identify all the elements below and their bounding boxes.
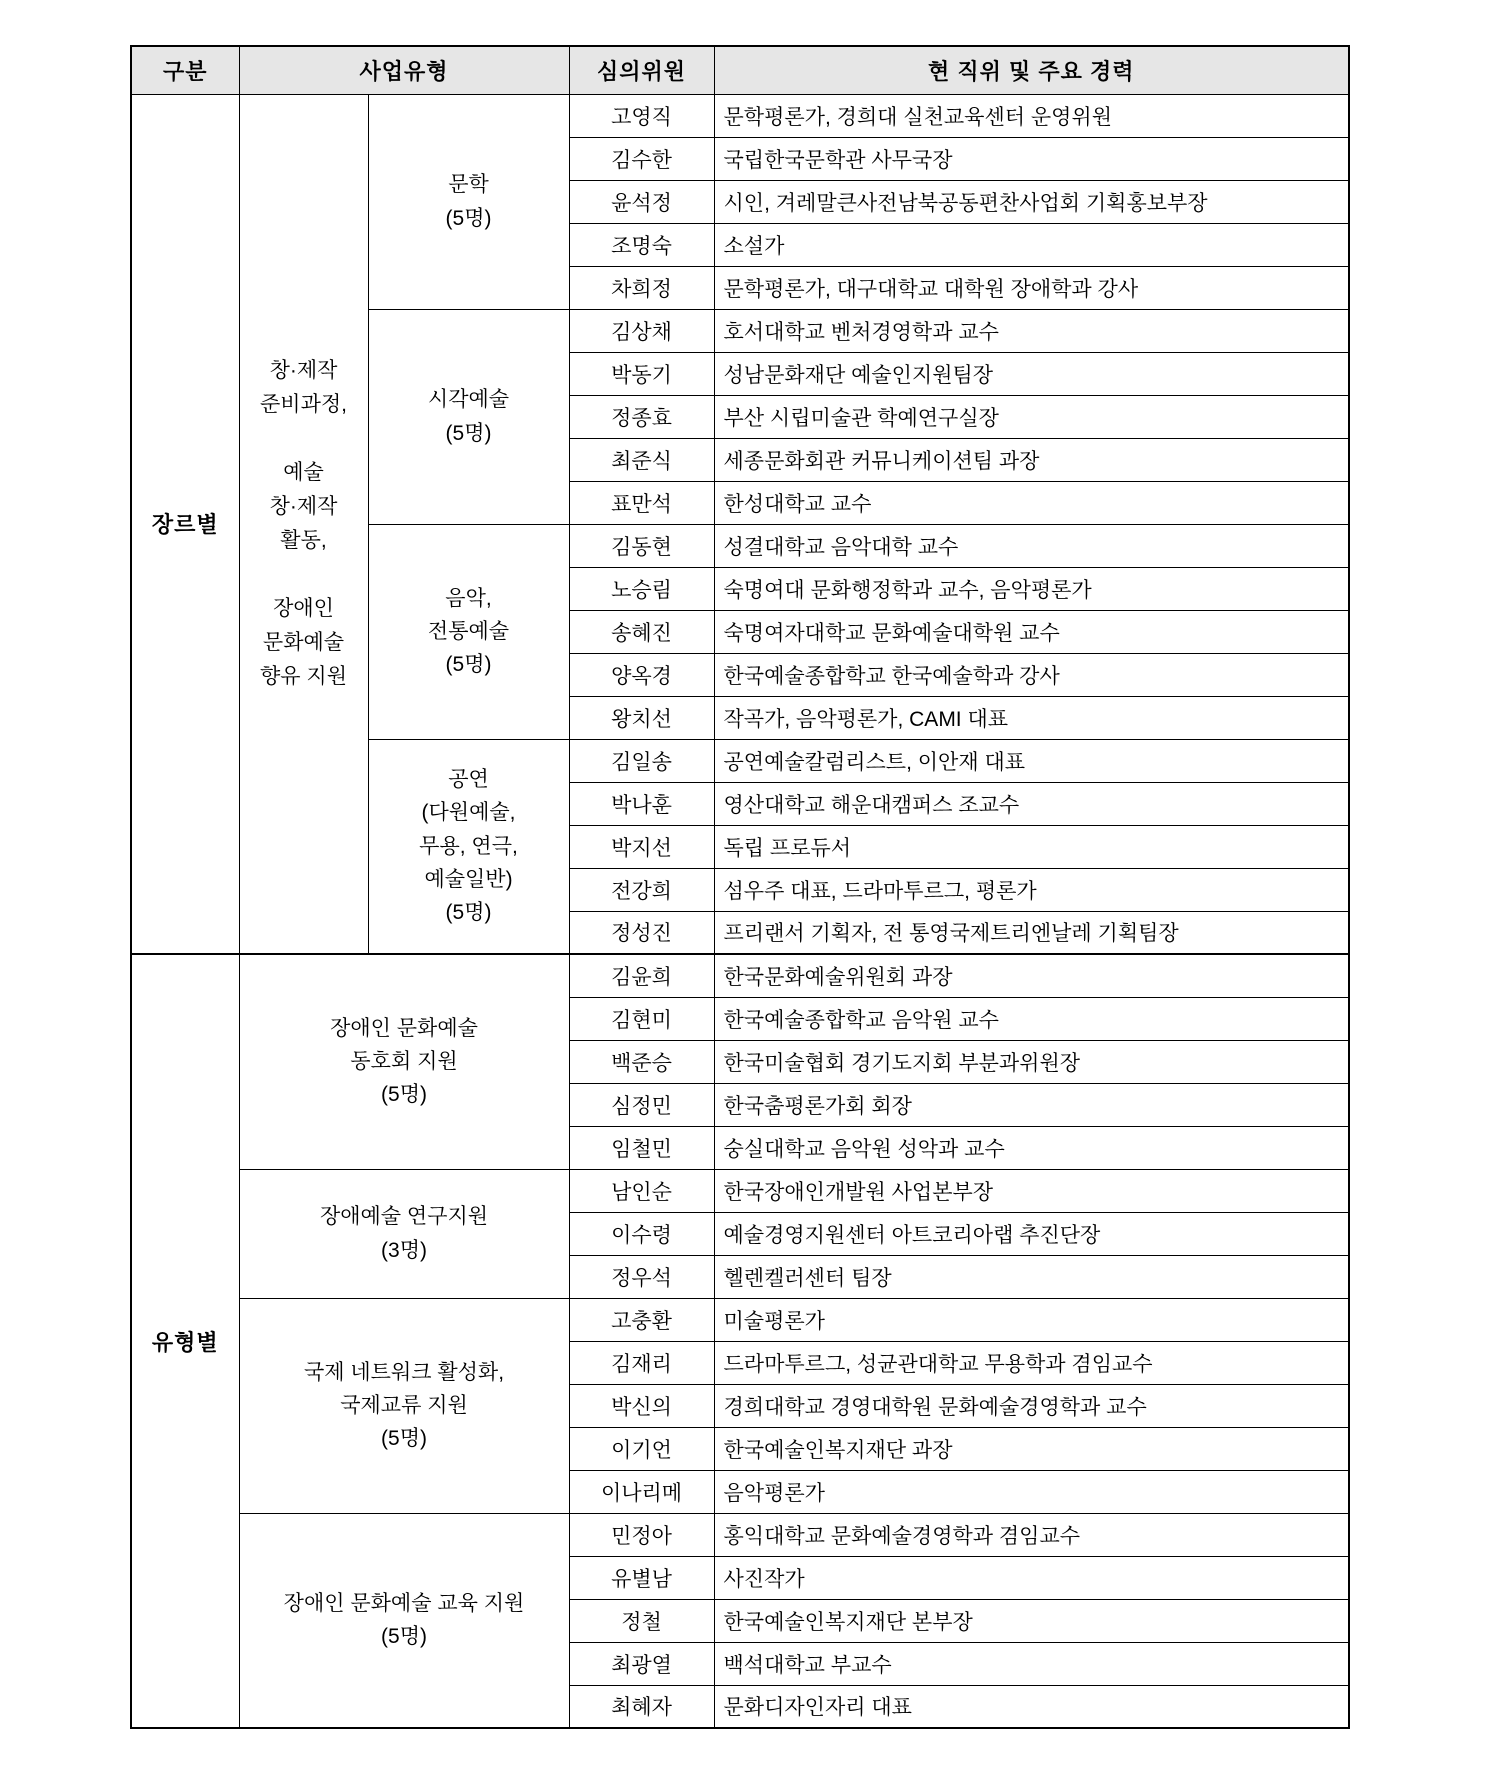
business-type-cell: 국제 네트워크 활성화, 국제교류 지원 (5명) <box>239 1298 569 1513</box>
member-career-cell: 홍익대학교 문화예술경영학과 겸임교수 <box>714 1513 1349 1556</box>
member-career-cell: 미술평론가 <box>714 1298 1349 1341</box>
member-career-cell: 세종문화회관 커뮤니케이션팀 과장 <box>714 438 1349 481</box>
table-row: 국제 네트워크 활성화, 국제교류 지원 (5명)고충환미술평론가 <box>131 1298 1349 1341</box>
member-career-cell: 한국문화예술위원회 과장 <box>714 954 1349 997</box>
member-career-cell: 헬렌켈러센터 팀장 <box>714 1255 1349 1298</box>
member-career-cell: 섬우주 대표, 드라마투르그, 평론가 <box>714 868 1349 911</box>
business-type-cell: 음악, 전통예술 (5명) <box>368 524 569 739</box>
member-name-cell: 정철 <box>569 1599 714 1642</box>
category-cell: 유형별 <box>131 954 239 1728</box>
member-career-cell: 문화디자인자리 대표 <box>714 1685 1349 1728</box>
header-row: 구분 사업유형 심의위원 현 직위 및 주요 경력 <box>131 46 1349 94</box>
member-career-cell: 백석대학교 부교수 <box>714 1642 1349 1685</box>
document-page: 구분 사업유형 심의위원 현 직위 및 주요 경력 장르별창·제작 준비과정, … <box>0 0 1488 1767</box>
member-name-cell: 박신의 <box>569 1384 714 1427</box>
member-name-cell: 고영직 <box>569 94 714 137</box>
member-career-cell: 문학평론가, 대구대학교 대학원 장애학과 강사 <box>714 266 1349 309</box>
member-career-cell: 부산 시립미술관 학예연구실장 <box>714 395 1349 438</box>
business-type-cell: 장애인 문화예술 동호회 지원 (5명) <box>239 954 569 1169</box>
member-name-cell: 이수령 <box>569 1212 714 1255</box>
member-name-cell: 왕치선 <box>569 696 714 739</box>
member-name-cell: 박지선 <box>569 825 714 868</box>
table-row: 장애예술 연구지원 (3명)남인순한국장애인개발원 사업본부장 <box>131 1169 1349 1212</box>
member-name-cell: 남인순 <box>569 1169 714 1212</box>
member-name-cell: 김윤희 <box>569 954 714 997</box>
member-name-cell: 김현미 <box>569 997 714 1040</box>
member-name-cell: 송혜진 <box>569 610 714 653</box>
member-career-cell: 독립 프로듀서 <box>714 825 1349 868</box>
member-career-cell: 한국장애인개발원 사업본부장 <box>714 1169 1349 1212</box>
member-name-cell: 김수한 <box>569 137 714 180</box>
member-career-cell: 드라마투르그, 성균관대학교 무용학과 겸임교수 <box>714 1341 1349 1384</box>
member-name-cell: 임철민 <box>569 1126 714 1169</box>
activity-cell: 창·제작 준비과정, 예술 창·제작 활동, 장애인 문화예술 향유 지원 <box>239 94 368 954</box>
member-career-cell: 한국춤평론가회 회장 <box>714 1083 1349 1126</box>
member-career-cell: 성남문화재단 예술인지원팀장 <box>714 352 1349 395</box>
member-career-cell: 한국예술종합학교 한국예술학과 강사 <box>714 653 1349 696</box>
table-row: 유형별장애인 문화예술 동호회 지원 (5명)김윤희한국문화예술위원회 과장 <box>131 954 1349 997</box>
member-career-cell: 한성대학교 교수 <box>714 481 1349 524</box>
member-career-cell: 음악평론가 <box>714 1470 1349 1513</box>
member-career-cell: 소설가 <box>714 223 1349 266</box>
header-committee-member: 심의위원 <box>569 46 714 94</box>
member-name-cell: 최혜자 <box>569 1685 714 1728</box>
member-name-cell: 김상채 <box>569 309 714 352</box>
member-name-cell: 최광열 <box>569 1642 714 1685</box>
member-career-cell: 숙명여대 문화행정학과 교수, 음악평론가 <box>714 567 1349 610</box>
member-career-cell: 한국예술종합학교 음악원 교수 <box>714 997 1349 1040</box>
member-career-cell: 시인, 겨레말큰사전남북공동편찬사업회 기획홍보부장 <box>714 180 1349 223</box>
member-name-cell: 노승림 <box>569 567 714 610</box>
member-career-cell: 한국미술협회 경기도지회 부분과위원장 <box>714 1040 1349 1083</box>
member-name-cell: 심정민 <box>569 1083 714 1126</box>
member-career-cell: 호서대학교 벤처경영학과 교수 <box>714 309 1349 352</box>
member-name-cell: 김재리 <box>569 1341 714 1384</box>
member-name-cell: 윤석정 <box>569 180 714 223</box>
member-name-cell: 전강희 <box>569 868 714 911</box>
member-name-cell: 박동기 <box>569 352 714 395</box>
header-category: 구분 <box>131 46 239 94</box>
member-name-cell: 박나훈 <box>569 782 714 825</box>
table-row: 장애인 문화예술 교육 지원 (5명)민정아홍익대학교 문화예술경영학과 겸임교… <box>131 1513 1349 1556</box>
committee-table: 구분 사업유형 심의위원 현 직위 및 주요 경력 장르별창·제작 준비과정, … <box>130 45 1350 1729</box>
member-name-cell: 유별남 <box>569 1556 714 1599</box>
header-position-career: 현 직위 및 주요 경력 <box>714 46 1349 94</box>
member-name-cell: 민정아 <box>569 1513 714 1556</box>
header-business-type: 사업유형 <box>239 46 569 94</box>
business-type-cell: 장애인 문화예술 교육 지원 (5명) <box>239 1513 569 1728</box>
table-row: 장르별창·제작 준비과정, 예술 창·제작 활동, 장애인 문화예술 향유 지원… <box>131 94 1349 137</box>
member-career-cell: 경희대학교 경영대학원 문화예술경영학과 교수 <box>714 1384 1349 1427</box>
member-career-cell: 국립한국문학관 사무국장 <box>714 137 1349 180</box>
business-type-cell: 장애예술 연구지원 (3명) <box>239 1169 569 1298</box>
member-name-cell: 양옥경 <box>569 653 714 696</box>
member-career-cell: 한국예술인복지재단 과장 <box>714 1427 1349 1470</box>
category-cell: 장르별 <box>131 94 239 954</box>
member-career-cell: 숙명여자대학교 문화예술대학원 교수 <box>714 610 1349 653</box>
member-career-cell: 문학평론가, 경희대 실천교육센터 운영위원 <box>714 94 1349 137</box>
business-type-cell: 공연 (다원예술, 무용, 연극, 예술일반) (5명) <box>368 739 569 954</box>
member-career-cell: 예술경영지원센터 아트코리아랩 추진단장 <box>714 1212 1349 1255</box>
business-type-cell: 문학 (5명) <box>368 94 569 309</box>
member-name-cell: 표만석 <box>569 481 714 524</box>
member-name-cell: 고충환 <box>569 1298 714 1341</box>
member-name-cell: 차희정 <box>569 266 714 309</box>
member-career-cell: 숭실대학교 음악원 성악과 교수 <box>714 1126 1349 1169</box>
business-type-cell: 시각예술 (5명) <box>368 309 569 524</box>
member-career-cell: 프리랜서 기획자, 전 통영국제트리엔날레 기획팀장 <box>714 911 1349 954</box>
member-career-cell: 영산대학교 해운대캠퍼스 조교수 <box>714 782 1349 825</box>
member-name-cell: 정우석 <box>569 1255 714 1298</box>
member-name-cell: 조명숙 <box>569 223 714 266</box>
member-name-cell: 최준식 <box>569 438 714 481</box>
member-name-cell: 김동현 <box>569 524 714 567</box>
member-career-cell: 작곡가, 음악평론가, CAMI 대표 <box>714 696 1349 739</box>
member-career-cell: 사진작가 <box>714 1556 1349 1599</box>
table-header: 구분 사업유형 심의위원 현 직위 및 주요 경력 <box>131 46 1349 94</box>
member-career-cell: 한국예술인복지재단 본부장 <box>714 1599 1349 1642</box>
member-name-cell: 정성진 <box>569 911 714 954</box>
member-name-cell: 김일송 <box>569 739 714 782</box>
member-name-cell: 이기언 <box>569 1427 714 1470</box>
member-career-cell: 성결대학교 음악대학 교수 <box>714 524 1349 567</box>
member-name-cell: 이나리메 <box>569 1470 714 1513</box>
member-name-cell: 정종효 <box>569 395 714 438</box>
committee-table-body: 장르별창·제작 준비과정, 예술 창·제작 활동, 장애인 문화예술 향유 지원… <box>131 94 1349 1728</box>
member-career-cell: 공연예술칼럼리스트, 이안재 대표 <box>714 739 1349 782</box>
member-name-cell: 백준승 <box>569 1040 714 1083</box>
